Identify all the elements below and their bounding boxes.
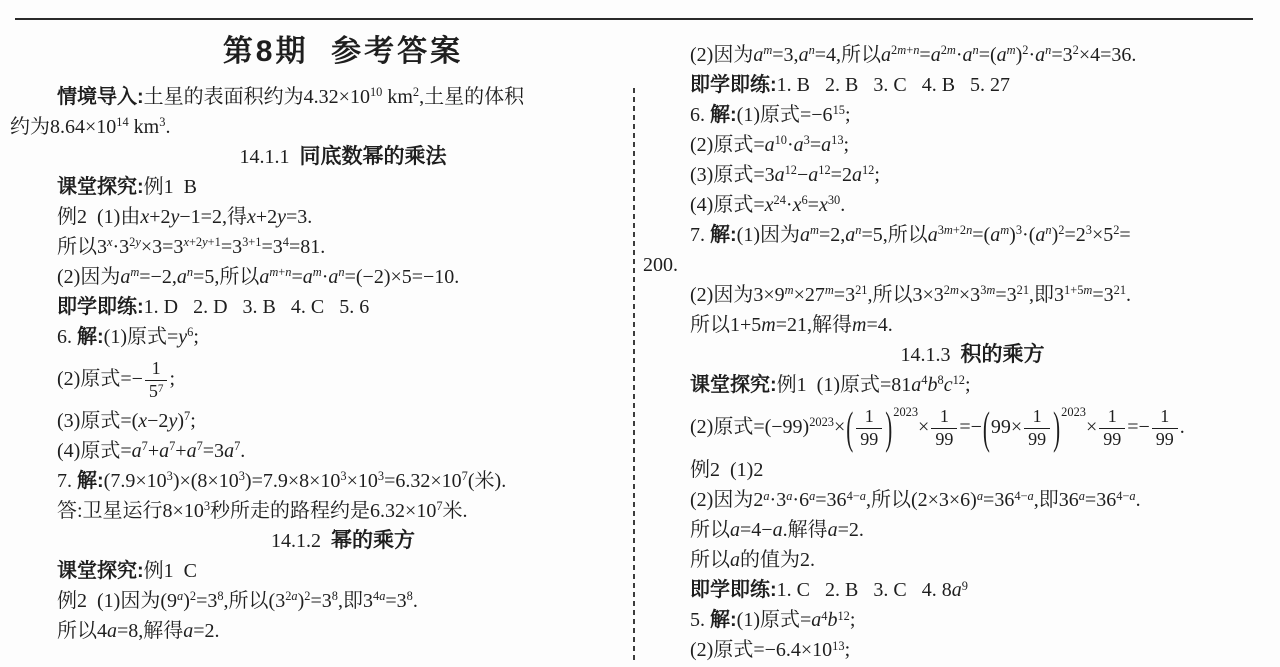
text-line: 5. 解:(1)原式=a4b12; xyxy=(690,605,1255,635)
superscript: 7 xyxy=(197,439,203,453)
variable: a xyxy=(811,609,821,631)
text-run: 1. C 2. B 3. C 4. 8 xyxy=(777,579,952,601)
text-line: 课堂探究:例1 (1)原式=81a4b8c12; xyxy=(690,370,1255,400)
left-column: 第8期 参考答案 情境导入:土星的表面积约为4.32×1010 km2,土星的体… xyxy=(57,26,629,646)
section-heading: 14.1.3 积的乘方 xyxy=(690,340,1255,370)
text-run: . xyxy=(165,116,170,138)
text-run: 7 xyxy=(436,499,442,513)
text-run: (1)原式=−6 xyxy=(737,104,833,126)
superscript: 4−a xyxy=(1014,489,1033,503)
bold-label: 解: xyxy=(710,224,737,246)
text-run: 3 xyxy=(378,469,384,483)
superscript: 3 xyxy=(340,469,346,483)
variable: m xyxy=(313,265,322,279)
text-line: (2)原式=−6.4×1013; xyxy=(690,635,1255,665)
variable: x xyxy=(107,235,113,249)
text-run: = xyxy=(291,266,302,288)
text-run: ; xyxy=(850,609,856,631)
fraction: 199 xyxy=(931,407,957,450)
superscript: 3 xyxy=(159,115,165,129)
text-run: ×3=3 xyxy=(141,236,184,258)
text-run: ·3 xyxy=(770,489,787,511)
superscript: 7 xyxy=(158,383,164,395)
superscript: 8 xyxy=(937,373,943,387)
text-run: km xyxy=(129,116,160,138)
text-run: 4 xyxy=(283,235,289,249)
bold-label: 幂的乘方 xyxy=(331,529,415,552)
text-line: (2)因为2a·3a·6a=364−a,所以(2×3×6)a=364−a,即36… xyxy=(690,485,1255,515)
superscript: m xyxy=(1007,43,1016,57)
text-run: 例1 C xyxy=(144,560,197,582)
superscript: 4 xyxy=(283,235,289,249)
text-run: 21 xyxy=(1114,283,1126,297)
text-run: =3 xyxy=(261,236,282,258)
text-run: )×(8×10 xyxy=(173,470,239,492)
fraction: 199 xyxy=(1024,407,1050,450)
superscript: a xyxy=(786,489,792,503)
text-run: =3 xyxy=(385,590,406,612)
text-run: 2023 xyxy=(893,405,918,419)
text-run: =3. xyxy=(286,206,312,228)
text-run: km xyxy=(382,86,413,108)
superscript: 3 xyxy=(204,499,210,513)
answer-sheet-page: 第8期 参考答案 情境导入:土星的表面积约为4.32×1010 km2,土星的体… xyxy=(0,0,1280,667)
text-line: (3)原式=(x−2y)7; xyxy=(57,406,629,436)
variable: n xyxy=(187,265,193,279)
text-run: 4 xyxy=(821,609,827,623)
text-run: 7 xyxy=(197,439,203,453)
text-line: 所以3x·32y×3=3x+2y+1=33+1=34=81. xyxy=(57,232,629,262)
text-run: ·( xyxy=(1022,224,1035,246)
text-run: ; xyxy=(874,164,880,186)
text-run: 15 xyxy=(833,103,845,117)
superscript: 2023 xyxy=(809,415,834,429)
text-run: (2)因为3×9 xyxy=(690,284,785,306)
text-run: =36 xyxy=(815,489,846,511)
superscript: 3 xyxy=(1086,223,1092,237)
variable: m xyxy=(852,314,866,336)
text-line: 7. 解:(1)因为am=2,an=5,所以a3m+2n=(am)3·(an)2… xyxy=(690,220,1255,250)
text-run: 9 xyxy=(962,579,968,593)
variable: n xyxy=(285,265,291,279)
variable: m xyxy=(947,43,956,57)
superscript: 2 xyxy=(1058,223,1064,237)
superscript: x xyxy=(107,235,113,249)
fraction-numerator: 1 xyxy=(931,407,957,429)
text-line: (2)因为am=3,an=4,所以a2m+n=a2m·an=(am)2·an=3… xyxy=(690,40,1255,70)
variable: a xyxy=(1035,44,1045,66)
section-heading: 14.1.1 同底数幂的乘法 xyxy=(57,142,629,172)
superscript: 12 xyxy=(953,373,965,387)
text-run: 2 xyxy=(1113,223,1119,237)
text-run: 2023 xyxy=(809,415,834,429)
text-run: =3 xyxy=(221,236,242,258)
variable: m xyxy=(130,265,139,279)
bold-label: 解: xyxy=(77,326,104,348)
text-run: . xyxy=(413,590,418,612)
text-run: 的值为2. xyxy=(740,549,815,571)
text-run: 2023 xyxy=(1061,405,1086,419)
text-run: (4)原式= xyxy=(57,440,132,462)
big-paren: ( xyxy=(982,370,991,486)
superscript: 12 xyxy=(785,163,797,177)
text-run: =3 xyxy=(1092,284,1113,306)
text-line: 即学即练:1. C 2. B 3. C 4. 8a9 xyxy=(690,575,1255,605)
fraction-numerator: 1 xyxy=(1099,407,1125,429)
superscript: 8 xyxy=(407,589,413,603)
text-line: 约为8.64×1014 km3. xyxy=(10,112,629,142)
text-run: =(−2)×5=−10. xyxy=(345,266,460,288)
fraction-denominator: 99 xyxy=(1099,429,1125,450)
superscript: n xyxy=(1045,43,1051,57)
superscript: 2 xyxy=(1113,223,1119,237)
text-run: =( xyxy=(972,224,990,246)
text-run: (1)原式= xyxy=(737,609,812,631)
superscript: 12 xyxy=(818,163,830,177)
text-run: 99 xyxy=(1028,429,1046,449)
text-run: ) xyxy=(177,410,184,432)
text-run: 14.1.1 xyxy=(240,146,300,168)
text-run: × xyxy=(834,416,845,438)
text-run: (1)因为 xyxy=(737,224,800,246)
text-line: 所以4a=8,解得a=2. xyxy=(57,616,629,646)
text-run: 4 xyxy=(921,373,927,387)
text-run: 200. xyxy=(643,254,678,276)
superscript: 13 xyxy=(832,639,844,653)
text-run: +1 xyxy=(208,235,221,249)
text-line: 例2 (1)因为(9a)2=38,所以(32a)2=38,即34a=38. xyxy=(57,586,629,616)
text-run: (2)因为2 xyxy=(690,489,763,511)
text-run: =3 xyxy=(1051,44,1072,66)
text-run: ,所以(3 xyxy=(224,590,286,612)
text-run: −2 xyxy=(147,410,168,432)
text-run: · xyxy=(787,134,794,156)
text-run: + xyxy=(148,440,159,462)
superscript: 2 xyxy=(1073,43,1079,57)
text-run: 2 xyxy=(413,85,419,99)
superscript: n xyxy=(338,265,344,279)
variable: a xyxy=(259,266,269,288)
superscript: 7 xyxy=(169,439,175,453)
text-run: × xyxy=(918,416,929,438)
variable: a xyxy=(1129,489,1135,503)
text-run: 1 xyxy=(940,406,949,426)
text-run: . xyxy=(1136,489,1141,511)
text-run: 例1 B xyxy=(144,176,197,198)
text-run: −1=2,得 xyxy=(179,206,247,228)
text-run: ,所以(2×3×6) xyxy=(866,489,977,511)
variable: x xyxy=(819,194,828,216)
text-run: 所以3 xyxy=(57,236,107,258)
text-run: =3 xyxy=(311,590,332,612)
page-title: 第8期 参考答案 xyxy=(57,32,629,72)
text-run: =3, xyxy=(772,44,798,66)
variable: a xyxy=(159,440,169,462)
superscript: n xyxy=(973,43,979,57)
variable: m xyxy=(825,283,834,297)
text-run: ,即3 xyxy=(338,590,373,612)
text-run: 1 xyxy=(152,358,161,378)
text-run: + xyxy=(175,440,186,462)
text-run: 2 xyxy=(190,589,196,603)
text-run: (2)因为 xyxy=(57,266,120,288)
superscript: 24 xyxy=(774,193,786,207)
right-column: (2)因为am=3,an=4,所以a2m+n=a2m·an=(am)2·an=3… xyxy=(690,40,1255,665)
text-run: +2 xyxy=(189,235,202,249)
text-run: =2. xyxy=(838,519,864,541)
superscript: 1+5m xyxy=(1064,283,1092,297)
text-line: (4)原式=a7+a7+a7=3a7. xyxy=(57,436,629,466)
superscript: 3 xyxy=(167,469,173,483)
text-run: 所以1+5 xyxy=(690,314,761,336)
text-run: 13 xyxy=(831,133,843,147)
text-run: 6. xyxy=(57,326,77,348)
text-run: 1 xyxy=(1108,406,1117,426)
text-run: (4)原式= xyxy=(690,194,765,216)
text-run: (3)原式=3 xyxy=(690,164,775,186)
text-run: 3 xyxy=(804,133,810,147)
text-run: 米. xyxy=(443,500,468,522)
variable: y xyxy=(277,206,286,228)
text-run: +2 xyxy=(256,206,277,228)
bold-label: 积的乘方 xyxy=(961,343,1045,366)
text-run: ; xyxy=(190,410,196,432)
text-run: 1+5 xyxy=(1064,283,1083,297)
text-run: =3 xyxy=(203,440,224,462)
text-run: 2 xyxy=(1058,223,1064,237)
text-run: = xyxy=(919,44,930,66)
text-run: 3 xyxy=(239,469,245,483)
variable: m xyxy=(761,314,775,336)
text-run: 12 xyxy=(862,163,874,177)
superscript: 12 xyxy=(862,163,874,177)
text-run: . xyxy=(1180,416,1185,438)
text-run: =4− xyxy=(740,519,773,541)
fraction-numerator: 1 xyxy=(856,407,882,429)
superscript: m+n xyxy=(269,265,291,279)
variable: y xyxy=(168,410,177,432)
text-run: . xyxy=(840,194,845,216)
variable: a xyxy=(730,549,740,571)
text-line: 所以a=4−a.解得a=2. xyxy=(690,515,1255,545)
variable: a xyxy=(911,374,921,396)
superscript: 7 xyxy=(462,469,468,483)
variable: m xyxy=(897,43,906,57)
text-run: 8 xyxy=(332,589,338,603)
text-run: =4,所以 xyxy=(815,44,881,66)
variable: a xyxy=(730,519,740,541)
text-run: 99× xyxy=(991,416,1022,438)
text-run: 24 xyxy=(774,193,786,207)
text-run: 7 xyxy=(169,439,175,453)
text-run: ×10 xyxy=(347,470,378,492)
text-line: (2)因为am=−2,an=5,所以am+n=am·an=(−2)×5=−10. xyxy=(57,262,629,292)
text-run: . xyxy=(240,440,245,462)
text-run: 12 xyxy=(785,163,797,177)
superscript: m xyxy=(763,43,772,57)
variable: m xyxy=(763,43,772,57)
variable: a xyxy=(1079,489,1085,503)
text-run: 答:卫星运行8×10 xyxy=(57,500,204,522)
variable: a xyxy=(852,164,862,186)
bold-label: 同底数幂的乘法 xyxy=(300,145,447,168)
text-run: 3 xyxy=(1016,223,1022,237)
text-run: 12 xyxy=(818,163,830,177)
variable: a xyxy=(303,266,313,288)
superscript: a xyxy=(1079,489,1085,503)
text-run: 4− xyxy=(847,489,860,503)
variable: a xyxy=(775,164,785,186)
superscript: 3 xyxy=(1016,223,1022,237)
text-run: =36 xyxy=(983,489,1014,511)
text-run: .解得 xyxy=(783,519,828,541)
section-heading: 14.1.2 幂的乘方 xyxy=(57,526,629,556)
text-line: 所以a的值为2. xyxy=(690,545,1255,575)
text-run: =2 xyxy=(831,164,852,186)
text-run: =5,所以 xyxy=(193,266,259,288)
superscript: 4 xyxy=(921,373,927,387)
text-run: 所以 xyxy=(690,519,730,541)
superscript: 2m xyxy=(944,283,959,297)
variable: a xyxy=(753,44,763,66)
variable: a xyxy=(187,440,197,462)
text-run: ×5 xyxy=(1092,224,1113,246)
variable: a xyxy=(997,44,1007,66)
superscript: 7 xyxy=(234,439,240,453)
superscript: 2 xyxy=(413,85,419,99)
text-line: 200. xyxy=(643,250,1255,280)
text-run: 21 xyxy=(855,283,867,297)
text-run: 7. xyxy=(690,224,710,246)
text-run: =21,解得 xyxy=(776,314,852,336)
text-run: 8 xyxy=(407,589,413,603)
text-run: 99 xyxy=(1156,429,1174,449)
text-run: 12 xyxy=(953,373,965,387)
superscript: 4a xyxy=(373,589,385,603)
variable: a xyxy=(794,134,804,156)
variable: a xyxy=(928,224,938,246)
variable: c xyxy=(944,374,953,396)
variable: y xyxy=(135,235,141,249)
text-run: ·6 xyxy=(792,489,809,511)
text-run: 1. B 2. B 3. C 4. B 5. 27 xyxy=(777,74,1010,96)
text-run: 例2 (1)2 xyxy=(690,459,763,481)
variable: a xyxy=(132,440,142,462)
text-run: (2)原式=− xyxy=(57,368,143,390)
bold-label: 即学即练: xyxy=(690,579,777,601)
text-run: 99 xyxy=(935,429,953,449)
variable: m xyxy=(1083,283,1092,297)
superscript: m xyxy=(130,265,139,279)
superscript: 2y xyxy=(129,235,141,249)
variable: m xyxy=(785,283,794,297)
superscript: 3m+2n xyxy=(938,223,973,237)
variable: a xyxy=(809,489,815,503)
text-run: =6.32×10 xyxy=(384,470,462,492)
superscript: n xyxy=(187,265,193,279)
text-run: 30 xyxy=(828,193,840,207)
text-run: 例2 (1)因为(9 xyxy=(57,590,177,612)
text-run: 7 xyxy=(158,383,164,395)
text-run: 1. D 2. D 3. B 4. C 5. 6 xyxy=(144,296,370,318)
text-run: 99 xyxy=(860,429,878,449)
bold-label: 课堂探究: xyxy=(57,560,144,582)
text-run: (2)原式=(−99) xyxy=(690,416,809,438)
bold-label: 即学即练: xyxy=(690,74,777,96)
top-rule xyxy=(15,18,1253,20)
superscript: 2m xyxy=(941,43,956,57)
text-run: 3 xyxy=(1086,223,1092,237)
variable: a xyxy=(224,440,234,462)
text-run: =5,所以 xyxy=(861,224,927,246)
superscript: 4 xyxy=(821,609,827,623)
text-run: (1)原式= xyxy=(104,326,179,348)
fraction: 199 xyxy=(1152,407,1178,450)
superscript: 6 xyxy=(187,325,193,339)
superscript: 2 xyxy=(304,589,310,603)
variable: m xyxy=(986,283,995,297)
variable: a xyxy=(183,620,193,642)
variable: n xyxy=(913,43,919,57)
variable: n xyxy=(1045,223,1051,237)
variable: n xyxy=(966,223,972,237)
superscript: 2023 xyxy=(893,405,918,419)
variable: a xyxy=(808,164,818,186)
text-line: 所以1+5m=21,解得m=4. xyxy=(690,310,1255,340)
bold-label: 解: xyxy=(710,609,737,631)
superscript: x+2y+1 xyxy=(183,235,220,249)
variable: a xyxy=(1035,224,1045,246)
variable: b xyxy=(927,374,937,396)
text-run: (2)原式= xyxy=(690,134,765,156)
variable: a xyxy=(977,489,983,503)
variable: a xyxy=(931,44,941,66)
superscript: 21 xyxy=(855,283,867,297)
variable: n xyxy=(1045,43,1051,57)
superscript: n xyxy=(809,43,815,57)
text-run: =36 xyxy=(1085,489,1116,511)
superscript: 4−a xyxy=(1116,489,1135,503)
variable: a xyxy=(881,44,891,66)
superscript: m xyxy=(825,283,834,297)
superscript: m xyxy=(313,265,322,279)
variable: a xyxy=(963,44,973,66)
variable: m xyxy=(810,223,819,237)
variable: x xyxy=(765,194,774,216)
superscript: 7 xyxy=(436,499,442,513)
fraction-denominator: 99 xyxy=(1024,429,1050,450)
text-run: ,即3 xyxy=(1029,284,1064,306)
variable: m xyxy=(269,265,278,279)
superscript: 21 xyxy=(1017,283,1029,297)
text-run: +2 xyxy=(149,206,170,228)
superscript: 7 xyxy=(184,409,190,423)
superscript: 10 xyxy=(370,85,382,99)
text-run: 4− xyxy=(1116,489,1129,503)
text-run: ×3 xyxy=(959,284,980,306)
text-run: 21 xyxy=(1017,283,1029,297)
text-run: 所以4 xyxy=(57,620,107,642)
variable: n xyxy=(338,265,344,279)
superscript: 3+1 xyxy=(242,235,261,249)
text-run: 土星的表面积约为4.32×10 xyxy=(144,86,370,108)
superscript: 8 xyxy=(217,589,223,603)
text-run: =2 xyxy=(1064,224,1085,246)
text-run: 3 xyxy=(340,469,346,483)
text-run: . xyxy=(1126,284,1131,306)
text-line: 例2 (1)2 xyxy=(690,455,1255,485)
variable: a xyxy=(379,589,385,603)
